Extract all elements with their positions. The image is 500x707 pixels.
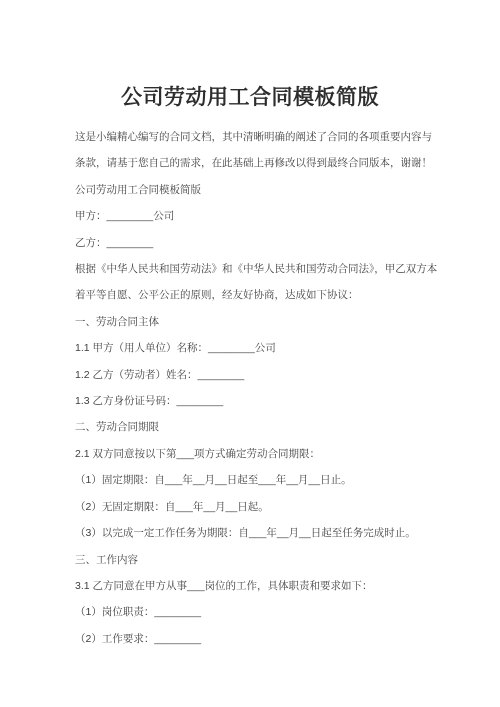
- doc-line-section-1-head: 一、劳动合同主体: [75, 309, 445, 335]
- doc-line-clause-3-1: 3.1 乙方同意在甲方从事___岗位的工作，具体职责和要求如下：: [75, 573, 445, 599]
- doc-line-preamble-2: 着平等自愿、公平公正的原则，经友好协商，达成如下协议：: [75, 282, 445, 308]
- doc-line-clause-2-1: 2.1 双方同意按以下第___项方式确定劳动合同期限：: [75, 441, 445, 467]
- doc-line-intro-1: 这是小编精心编写的合同文档，其中清晰明确的阐述了合同的各项重要内容与: [75, 124, 445, 150]
- doc-line-term-option-1: （1）固定期限：自___年__月__日起至___年__月__日止。: [75, 467, 445, 493]
- doc-line-section-2-head: 二、劳动合同期限: [75, 414, 445, 440]
- doc-line-duty-item-2: （2）工作要求：________: [75, 626, 445, 652]
- document-body: 这是小编精心编写的合同文档，其中清晰明确的阐述了合同的各项重要内容与 条款，请基…: [75, 124, 445, 652]
- doc-line-party-a: 甲方：________公司: [75, 203, 445, 229]
- doc-line-party-b: 乙方：________: [75, 230, 445, 256]
- doc-line-duty-item-1: （1）岗位职责：________: [75, 599, 445, 625]
- document-title: 公司劳动用工合同模板简版: [0, 83, 500, 113]
- doc-line-term-option-3: （3）以完成一定工作任务为期限：自___年__月__日起至任务完成时止。: [75, 520, 445, 546]
- doc-line-clause-1-3: 1.3 乙方身份证号码：________: [75, 388, 445, 414]
- doc-line-preamble-1: 根据《中华人民共和国劳动法》和《中华人民共和国劳动合同法》，甲乙双方本: [75, 256, 445, 282]
- doc-line-clause-1-2: 1.2 乙方（劳动者）姓名：________: [75, 362, 445, 388]
- doc-line-clause-1-1: 1.1 甲方（用人单位）名称：________公司: [75, 335, 445, 361]
- doc-line-subtitle: 公司劳动用工合同模板简版: [75, 177, 445, 203]
- doc-line-term-option-2: （2）无固定期限：自___年__月__日起。: [75, 494, 445, 520]
- contract-document-page: 公司劳动用工合同模板简版 这是小编精心编写的合同文档，其中清晰明确的阐述了合同的…: [0, 0, 500, 707]
- doc-line-section-3-head: 三、工作内容: [75, 547, 445, 573]
- doc-line-intro-2: 条款，请基于您自己的需求，在此基础上再修改以得到最终合同版本，谢谢！: [75, 150, 445, 176]
